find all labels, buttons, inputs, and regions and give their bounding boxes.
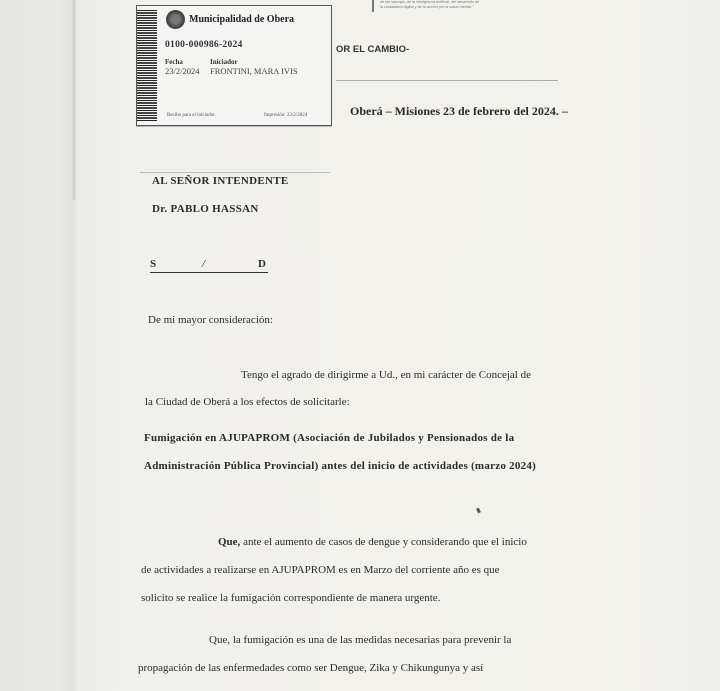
- greeting: De mi mayor consideración:: [148, 314, 273, 326]
- barcode-icon: [137, 10, 157, 121]
- subject-line-1: Fumigación en AJUPAPROM (Asociación de J…: [144, 432, 514, 444]
- fecha-value: 23/2/2024: [165, 66, 199, 76]
- quote-line-2: la ciudadanía digital y de la acción por…: [380, 5, 550, 10]
- municipal-seal-icon: [166, 10, 185, 29]
- receipt-label: Recibo para el iniciador.: [167, 113, 216, 118]
- header-divider: [336, 80, 558, 81]
- paragraph-1-line-1: Que, ante el aumento de casos de dengue …: [218, 536, 527, 548]
- impresion-date: Impresión: 23/2/2024: [264, 113, 307, 118]
- paragraph-1-line-1-text: ante el aumento de casos de dengue y con…: [240, 536, 527, 548]
- intro-line-2: la Ciudad de Oberá a los efectos de soli…: [145, 396, 350, 408]
- su-despacho: S / D: [150, 258, 268, 273]
- stamp-title: Municipalidad de Obera: [189, 14, 294, 25]
- letterhead-quote: de las startups, de la inteligencia arti…: [372, 0, 550, 12]
- addressee-title: AL SEÑOR INTENDENTE: [152, 175, 289, 187]
- sd-slash: /: [202, 258, 205, 270]
- expediente-number: 0100-000986-2024: [165, 40, 243, 50]
- paragraph-2-line-1: Que, la fumigación es una de las medidas…: [209, 634, 511, 646]
- fecha-label: Fecha: [165, 58, 183, 66]
- sd-d: D: [258, 258, 266, 270]
- iniciador-value: FRONTINI, MARA IVIS: [210, 66, 298, 76]
- iniciador-label: Iniciador: [210, 58, 238, 66]
- paper-fold-shadow: [72, 0, 76, 200]
- intro-line-1: Tengo el agrado de dirigirme a Ud., en m…: [241, 369, 531, 381]
- stamp-shadow-line: [140, 172, 330, 173]
- paragraph-2-line-2: propagación de las enfermedades como ser…: [138, 662, 483, 674]
- municipal-receipt-stamp: Municipalidad de Obera 0100-000986-2024 …: [136, 5, 332, 126]
- place-and-date: Oberá – Misiones 23 de febrero del 2024.…: [350, 104, 568, 119]
- que-bold: Que,: [218, 536, 240, 548]
- addressee-name: Dr. PABLO HASSAN: [152, 203, 259, 215]
- party-name-fragment: OR EL CAMBIO-: [336, 44, 409, 55]
- subject-line-2: Administración Pública Provincial) antes…: [144, 460, 536, 472]
- paragraph-1-line-3: solicito se realice la fumigación corres…: [141, 592, 440, 604]
- sd-s: S: [150, 258, 156, 270]
- paragraph-1-line-2: de actividades a realizarse en AJUPAPROM…: [141, 564, 500, 576]
